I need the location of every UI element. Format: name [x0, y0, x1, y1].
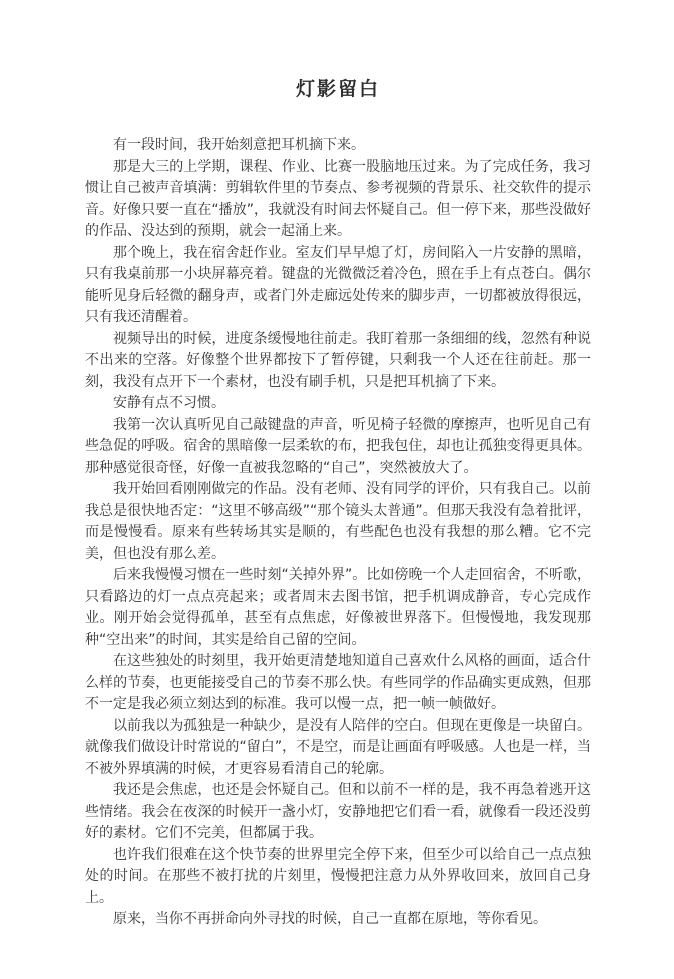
essay-paragraph: 我还是会焦虑，也还是会怀疑自己。但和以前不一样的是，我不再急着逃开这些情绪。我会…: [85, 780, 591, 845]
essay-paragraph: 以前我以为孤独是一种缺少，是没有人陪伴的空白。但现在更像是一块留白。就像我们做设…: [85, 716, 591, 781]
essay-paragraph: 后来我慢慢习惯在一些时刻“关掉外界”。比如傍晚一个人走回宿舍，不听歌，只看路边的…: [85, 565, 591, 651]
essay-title: 灯影留白: [85, 80, 591, 99]
document-page: 灯影留白 有一段时间，我开始刻意把耳机摘下来。那是大三的上学期，课程、作业、比赛…: [0, 0, 674, 979]
essay-paragraph: 那个晚上，我在宿舍赶作业。室友们早早熄了灯，房间陷入一片安静的黑暗，只有我桌前那…: [85, 243, 591, 329]
essay-paragraph: 原来，当你不再拼命向外寻找的时候，自己一直都在原地，等你看见。: [85, 909, 591, 931]
essay-paragraph: 也许我们很难在这个快节奏的世界里完全停下来，但至少可以给自己一点点独处的时间。在…: [85, 845, 591, 910]
essay-paragraph: 视频导出的时候，进度条缓慢地往前走。我盯着那一条细细的线，忽然有种说不出来的空落…: [85, 329, 591, 394]
essay-paragraph: 安静有点不习惯。: [85, 393, 591, 415]
essay-paragraph: 我开始回看刚刚做完的作品。没有老师、没有同学的评价，只有我自己。以前我总是很快地…: [85, 479, 591, 565]
essay-paragraph: 我第一次认真听见自己敲键盘的声音，听见椅子轻微的摩擦声，也听见自己有些急促的呼吸…: [85, 415, 591, 480]
essay-paragraph: 在这些独处的时刻里，我开始更清楚地知道自己喜欢什么风格的画面，适合什么样的节奏，…: [85, 651, 591, 716]
essay-paragraph: 有一段时间，我开始刻意把耳机摘下来。: [85, 135, 591, 157]
essay-body: 有一段时间，我开始刻意把耳机摘下来。那是大三的上学期，课程、作业、比赛一股脑地压…: [85, 135, 591, 931]
essay-paragraph: 那是大三的上学期，课程、作业、比赛一股脑地压过来。为了完成任务，我习惯让自己被声…: [85, 157, 591, 243]
